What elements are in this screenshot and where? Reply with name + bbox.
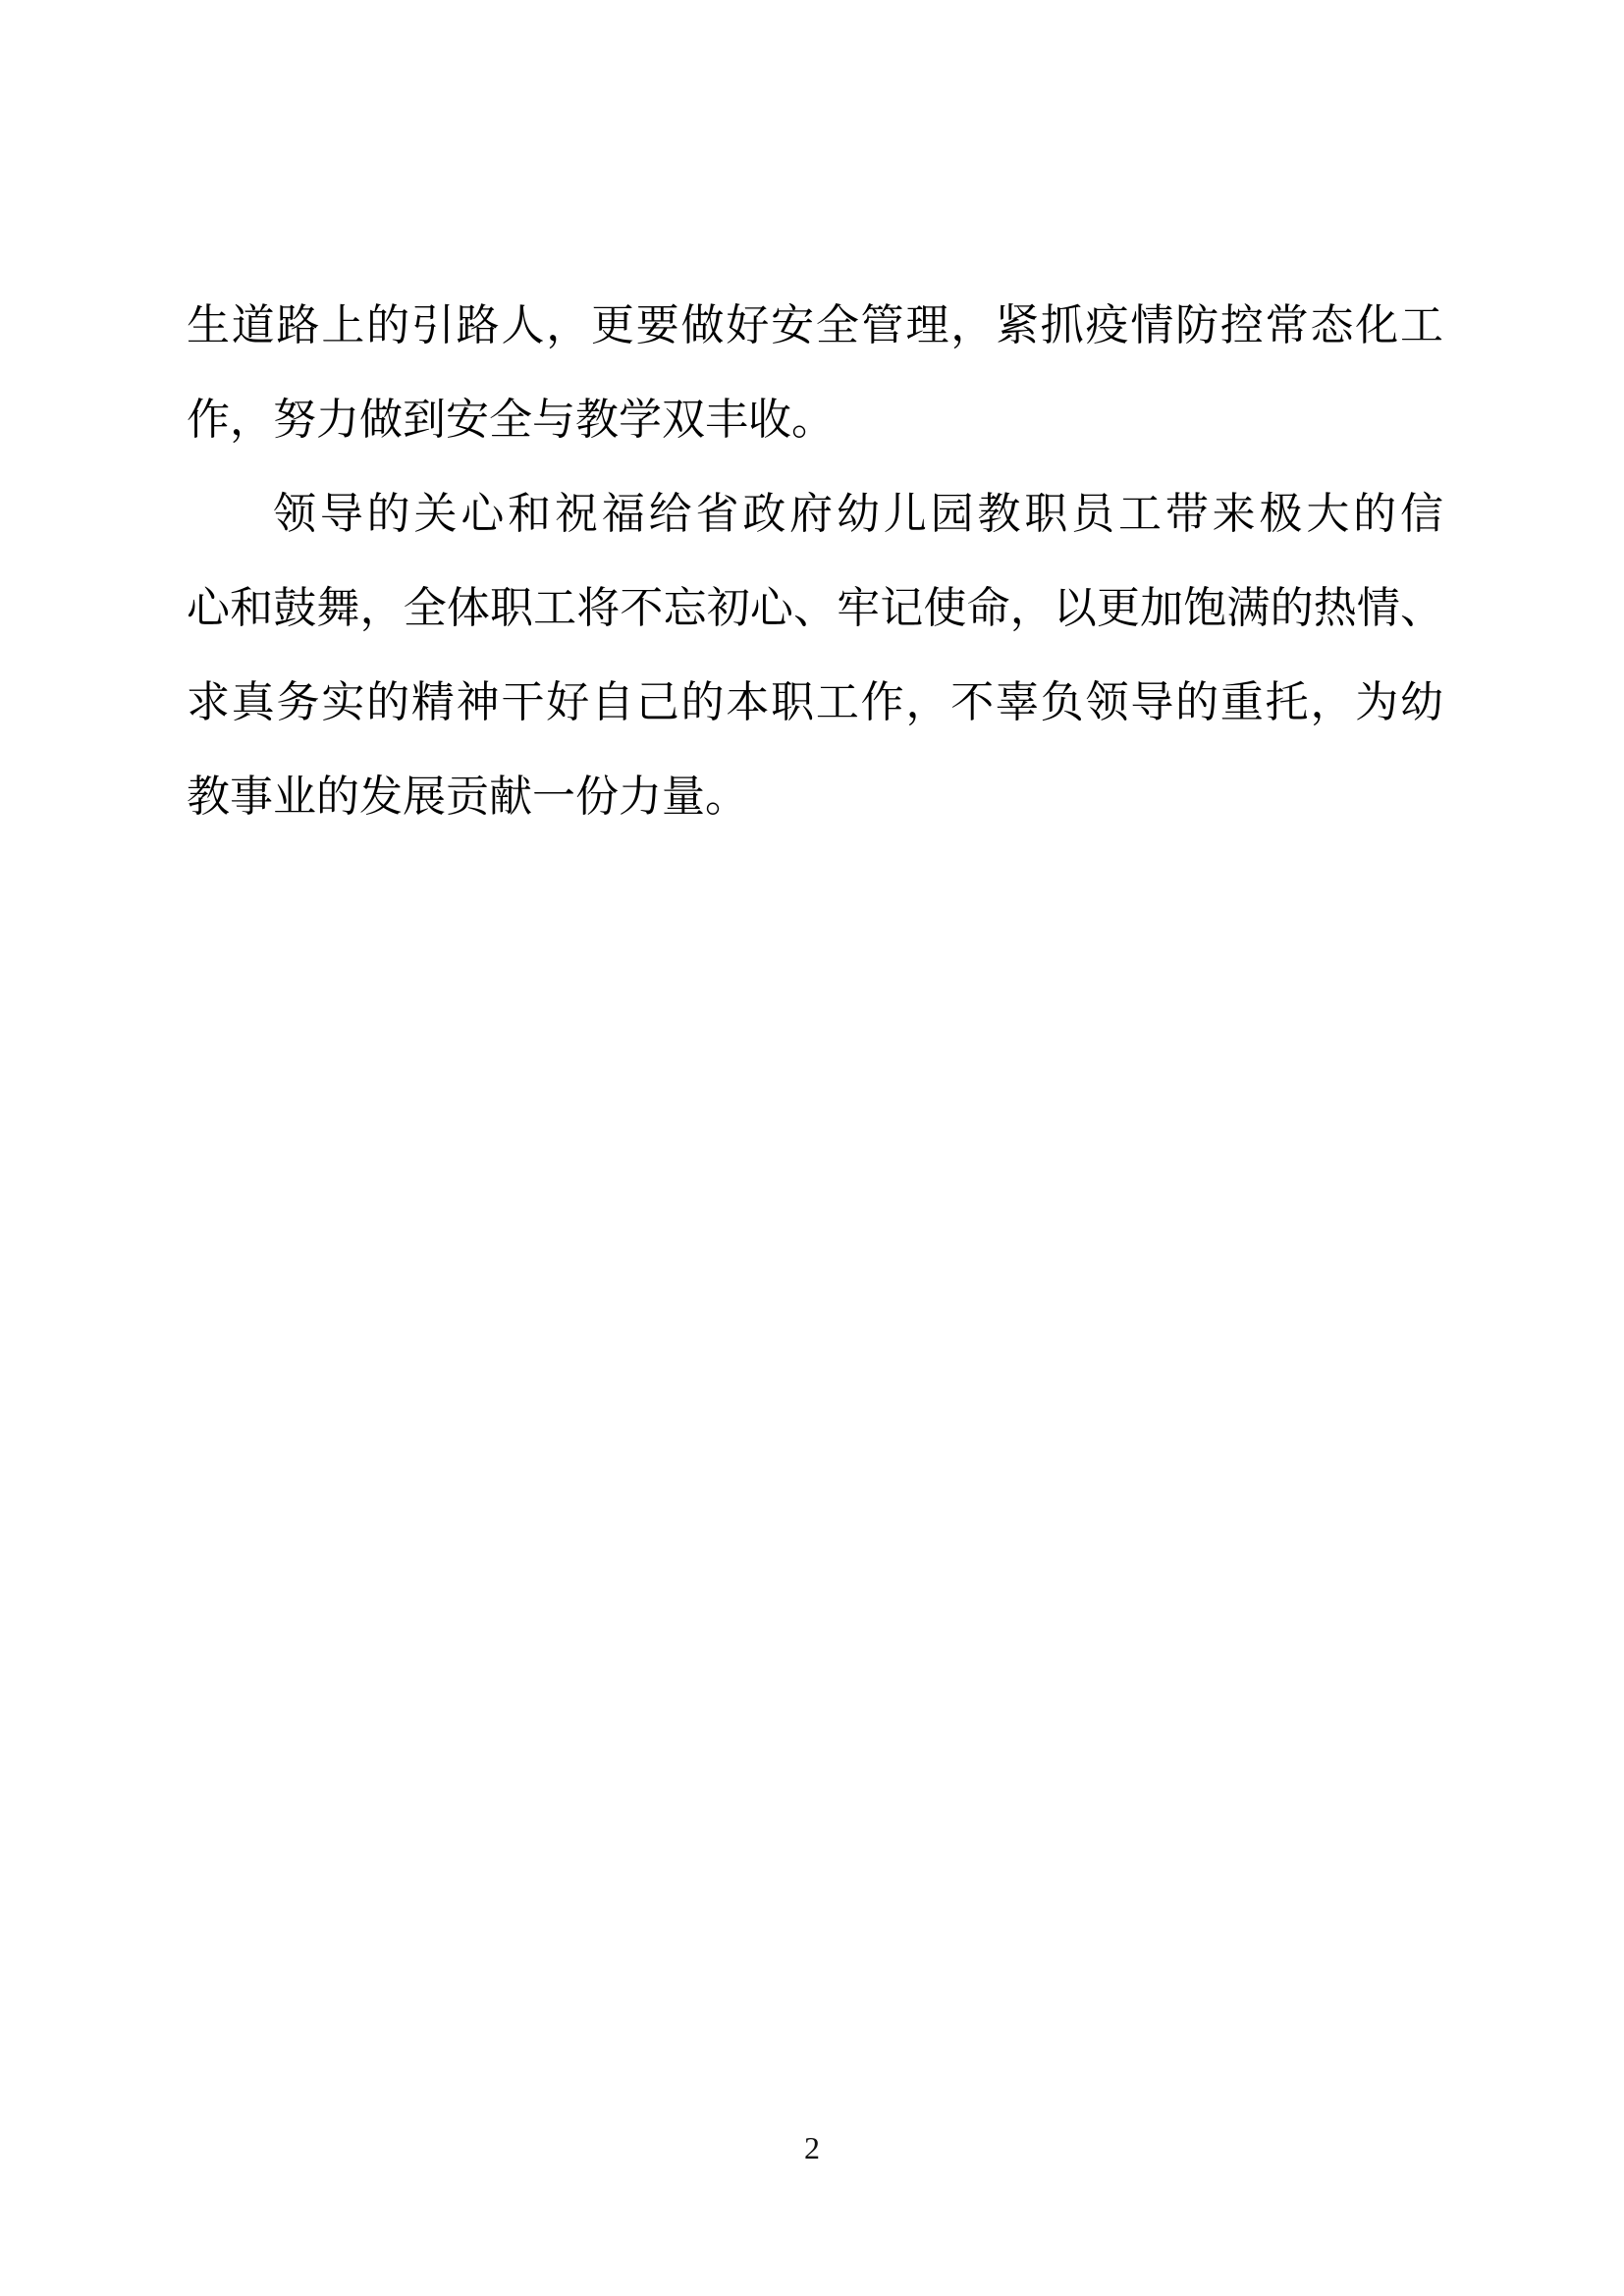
- text-line: 教事业的发展贡献一份力量。: [187, 750, 1443, 844]
- document-page: 生道路上的引路人，更要做好安全管理，紧抓疫情防控常态化工作，努力做到安全与教学双…: [0, 0, 1624, 2296]
- page-footer: 2: [0, 2128, 1624, 2167]
- text-line: 生道路上的引路人，更要做好安全管理，紧抓疫情防控常态化工: [187, 279, 1443, 373]
- paragraph: 生道路上的引路人，更要做好安全管理，紧抓疫情防控常态化工作，努力做到安全与教学双…: [187, 279, 1443, 467]
- text-line: 心和鼓舞，全体职工将不忘初心、牢记使命，以更加饱满的热情、: [187, 561, 1443, 656]
- text-line: 作，努力做到安全与教学双丰收。: [187, 373, 1443, 467]
- text-line: 领导的关心和祝福给省政府幼儿园教职员工带来极大的信: [187, 467, 1443, 561]
- page-number: 2: [804, 2130, 820, 2165]
- paragraph: 领导的关心和祝福给省政府幼儿园教职员工带来极大的信心和鼓舞，全体职工将不忘初心、…: [187, 467, 1443, 844]
- text-line: 求真务实的精神干好自己的本职工作，不辜负领导的重托，为幼: [187, 656, 1443, 750]
- document-body: 生道路上的引路人，更要做好安全管理，紧抓疫情防控常态化工作，努力做到安全与教学双…: [187, 279, 1443, 844]
